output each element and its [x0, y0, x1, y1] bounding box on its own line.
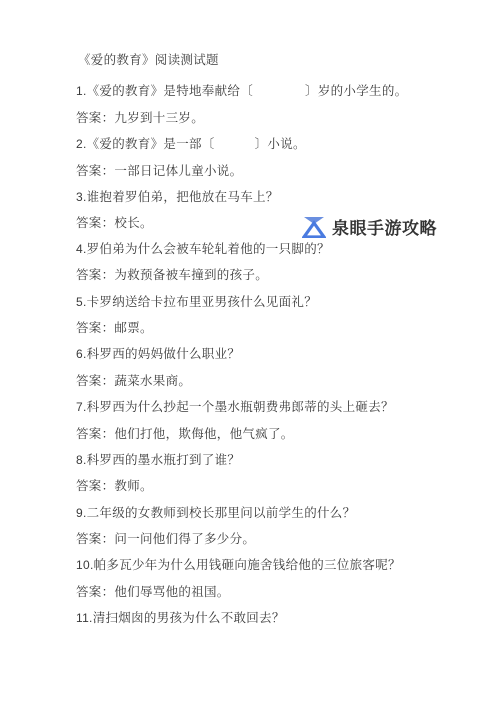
question-8: 8.科罗西的墨水瓶打到了谁？ — [76, 452, 240, 468]
answer-3: 答案：校长。 — [76, 215, 153, 231]
answer-8: 答案：教师。 — [76, 478, 153, 494]
answer-5: 答案：邮票。 — [76, 320, 153, 336]
triangle-logo-icon — [302, 216, 326, 238]
watermark: 泉眼手游攻略 — [298, 212, 441, 241]
question-9: 9.二年级的女教师到校长那里问以前学生的什么？ — [76, 505, 355, 521]
question-4: 4.罗伯弟为什么会被车轮轧着他的一只脚的？ — [76, 241, 330, 257]
question-3: 3.谁抱着罗伯弟，把他放在马车上？ — [76, 189, 279, 205]
question-10: 10.帕多瓦少年为什么用钱砸向施舍钱给他的三位旅客呢？ — [76, 557, 401, 573]
answer-4: 答案：为救预备被车撞到的孩子。 — [76, 267, 268, 283]
watermark-text: 泉眼手游攻略 — [332, 214, 437, 239]
answer-9: 答案：问一问他们得了多少分。 — [76, 531, 255, 547]
answer-6: 答案：蔬菜水果商。 — [76, 373, 191, 389]
question-7: 7.科罗西为什么抄起一个墨水瓶朝费弗郎蒂的头上砸去？ — [76, 399, 394, 415]
answer-2: 答案：一部日记体儿童小说。 — [76, 163, 242, 179]
question-2: 2.《爱的教育》是一部〔〕小说。 — [76, 136, 306, 152]
document-page: 《爱的教育》阅读测试题 1.《爱的教育》是特地奉献给〔〕岁的小学生的。 答案：九… — [0, 0, 500, 707]
answer-7: 答案：他们打他，欺侮他，他气疯了。 — [76, 426, 294, 442]
question-6: 6.科罗西的妈妈做什么职业？ — [76, 346, 240, 362]
question-1: 1.《爱的教育》是特地奉献给〔〕岁的小学生的。 — [76, 83, 407, 99]
question-11: 11.清扫烟囱的男孩为什么不敢回去？ — [76, 610, 285, 626]
question-5: 5.卡罗纳送给卡拉布里亚男孩什么见面礼？ — [76, 294, 317, 310]
answer-10: 答案：他们辱骂他的祖国。 — [76, 584, 230, 600]
document-title: 《爱的教育》阅读测试题 — [78, 52, 219, 68]
answer-1: 答案：九岁到十三岁。 — [76, 110, 204, 126]
